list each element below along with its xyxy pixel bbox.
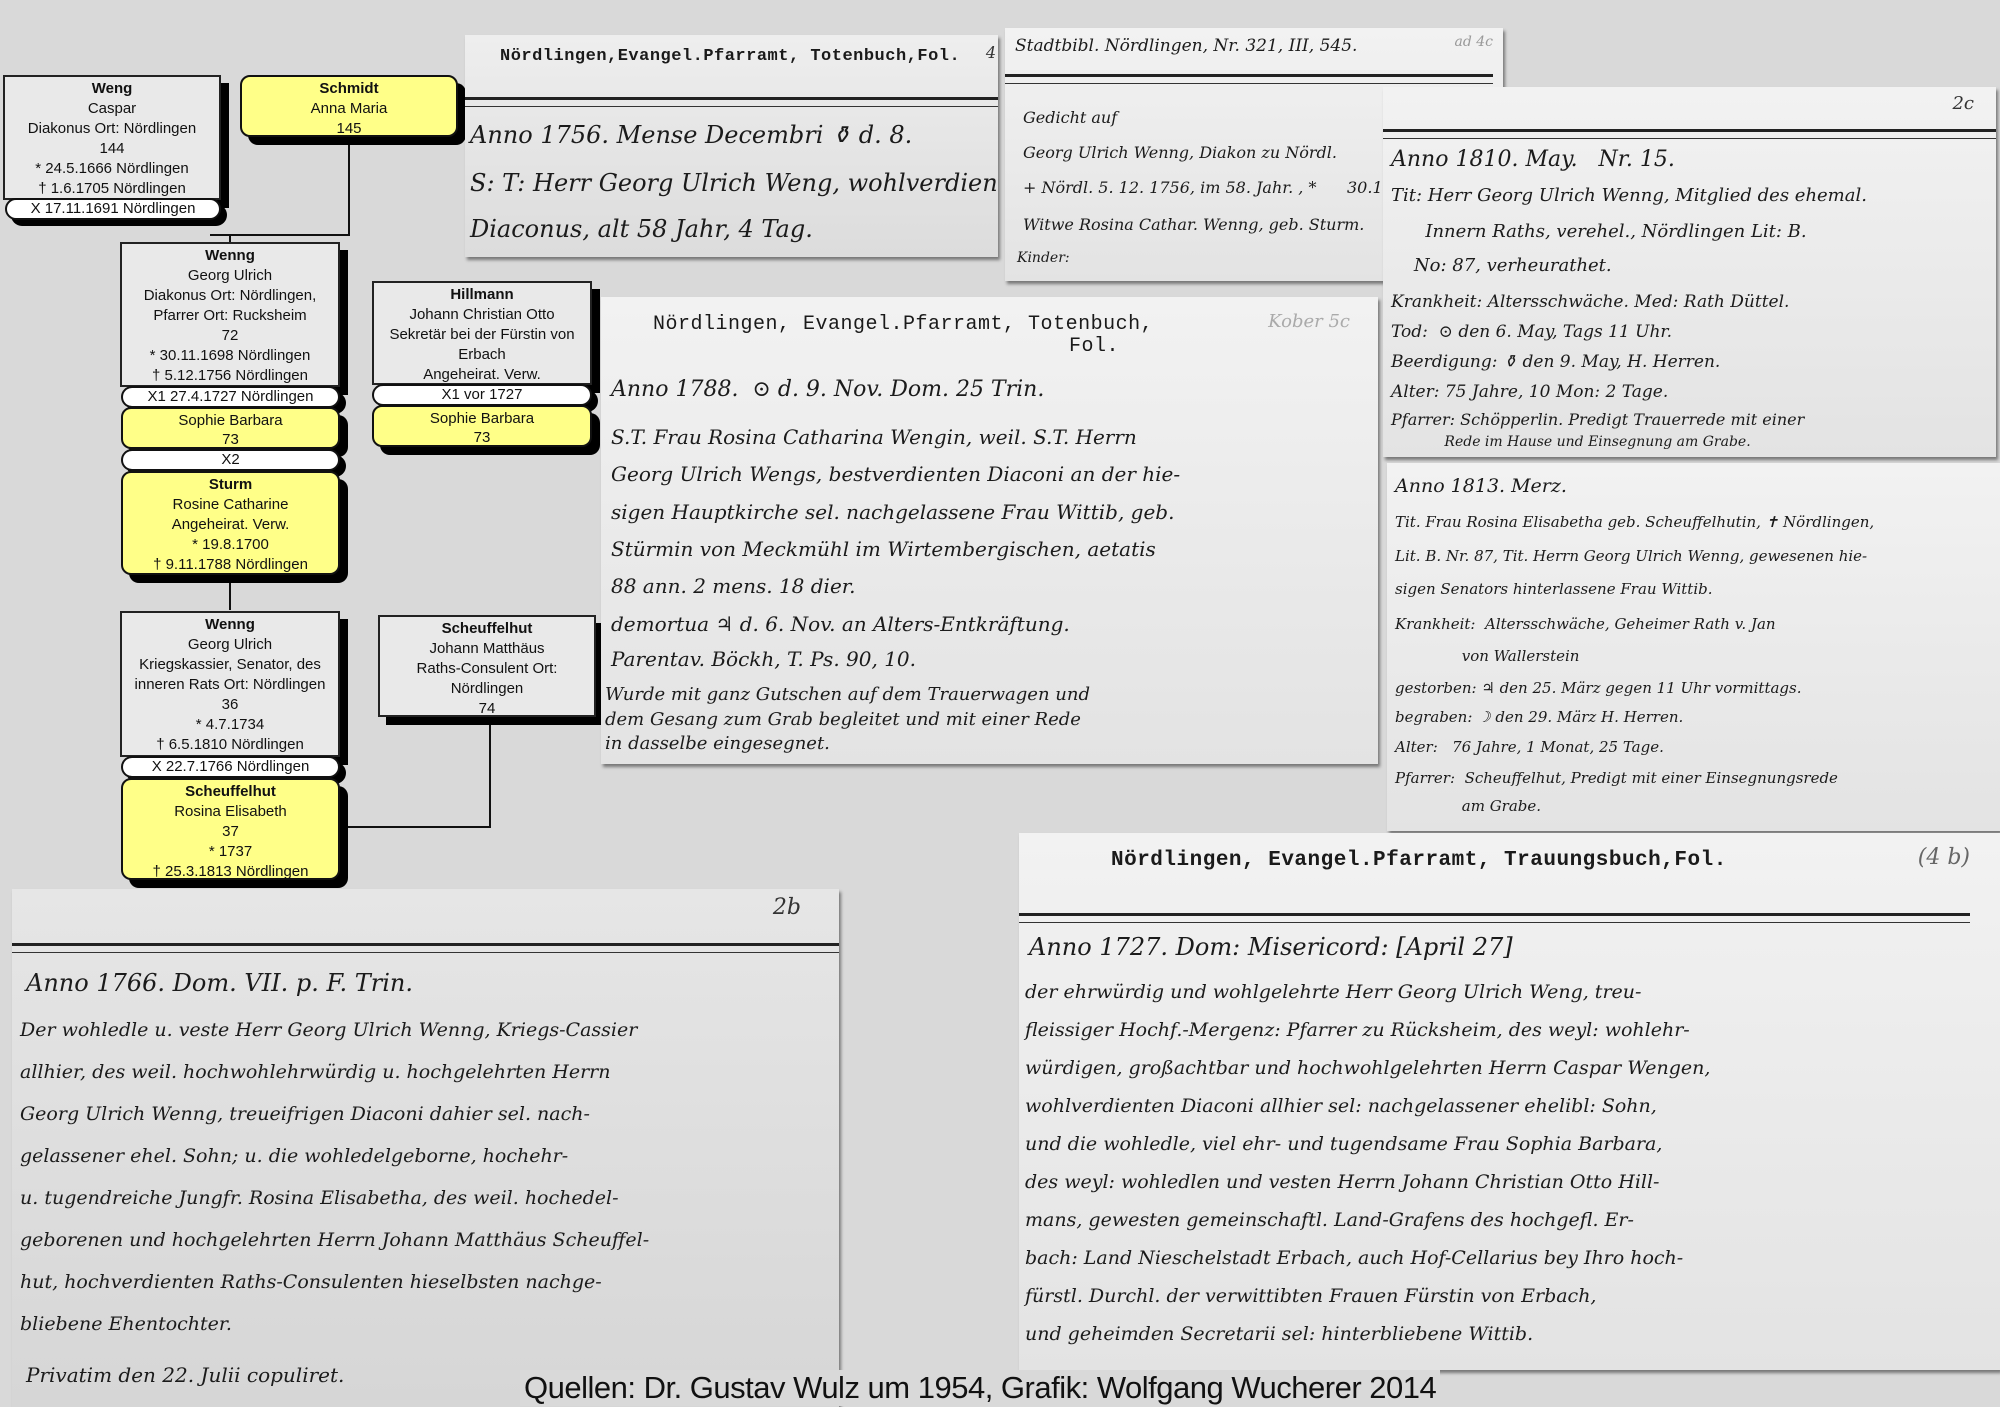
handwritten-line: dem Gesang zum Grab begleitet und mit ei…: [605, 709, 1081, 730]
handwritten-line: u. tugendreiche Jungfr. Rosina Elisabeth…: [20, 1187, 619, 1209]
handwritten-line: Anno 1727. Dom: Misericord: [April 27]: [1029, 933, 1513, 961]
document-header: Nördlingen,Evangel.Pfarramt, Totenbuch,F…: [500, 47, 960, 66]
handwritten-line: Anno 1766. Dom. VII. p. F. Trin.: [26, 969, 413, 997]
occupation: Diakonus Ort: Nördlingen,: [122, 286, 338, 306]
occupation: Kriegskassier, Senator, des: [122, 655, 338, 675]
handwritten-line: Anno 1788. ⊙ d. 9. Nov. Dom. 25 Trin.: [611, 377, 1044, 402]
handwritten-line: Tit. Frau Rosina Elisabetha geb. Scheuff…: [1395, 513, 1874, 531]
occupation: Pfarrer Ort: Rucksheim: [122, 306, 338, 326]
handwritten-line: allhier, des weil. hochwohlehrwürdig u. …: [20, 1061, 611, 1083]
handwritten-line: Georg Ulrich Wengs, bestverdienten Diaco…: [611, 462, 1180, 486]
folio-number: 4: [986, 43, 996, 62]
handwritten-line: gelassener ehel. Sohn; u. die wohledelge…: [20, 1145, 568, 1167]
handwritten-line: der ehrwürdig und wohlgelehrte Herr Geor…: [1025, 981, 1641, 1003]
handwritten-line: Parentav. Böckh, T. Ps. 90, 10.: [611, 647, 916, 671]
relation: Angeheirat. Verw.: [123, 515, 338, 535]
handwritten-line: Beerdigung: ⚱ den 9. May, H. Herren.: [1391, 352, 1720, 372]
surname: Scheuffelhut: [123, 782, 338, 802]
surname: Weng: [5, 79, 219, 99]
handwritten-line: begraben: ☽ den 29. März H. Herren.: [1395, 708, 1683, 726]
occupation: Nördlingen: [380, 679, 594, 699]
handwritten-line: am Grabe.: [1395, 797, 1541, 815]
document-header: Fol.: [1069, 335, 1119, 358]
folio-number: 2b: [773, 895, 801, 920]
handwritten-line: mans, gewesten gemeinschaftl. Land-Grafe…: [1025, 1209, 1634, 1231]
given-name: Georg Ulrich: [122, 635, 338, 655]
handwritten-line: sigen Senators hinterlassene Frau Wittib…: [1395, 580, 1713, 598]
marriage-2-georg-rosine[interactable]: X2: [121, 449, 340, 471]
handwritten-line: Anno 1813. Merz.: [1395, 475, 1567, 497]
person-number: 36: [122, 695, 338, 715]
handwritten-line: 88 ann. 2 mens. 18 dier.: [611, 574, 856, 598]
person-rosina-elisabeth-scheuffelhut[interactable]: Scheuffelhut Rosina Elisabeth 37 * 1737 …: [121, 778, 340, 880]
document-death-record-1813: Anno 1813. Merz. Tit. Frau Rosina Elisab…: [1387, 463, 2000, 831]
handwritten-line: Stürmin von Meckmühl im Wirtembergischen…: [611, 537, 1156, 561]
handwritten-line: in dasselbe eingesegnet.: [605, 733, 830, 754]
handwritten-line: Wurde mit ganz Gutschen auf dem Trauerwa…: [605, 684, 1090, 705]
handwritten-line: Tit: Herr Georg Ulrich Wenng, Mitglied d…: [1391, 185, 1867, 206]
handwritten-line: Privatim den 22. Julii copuliret.: [26, 1363, 344, 1387]
handwritten-line: geborenen und hochgelehrten Herrn Johann…: [20, 1229, 649, 1251]
handwritten-line: wohlverdienten Diaconi allhier sel: nach…: [1025, 1095, 1657, 1117]
header-rule: [1005, 74, 1493, 84]
header-rule: [1383, 129, 1996, 139]
folio-number: 2c: [1952, 93, 1974, 114]
handwritten-line: Pfarrer: Scheuffelhut, Predigt mit einer…: [1395, 769, 1838, 787]
handwritten-line: und geheimden Secretarii sel: hinterblie…: [1025, 1323, 1533, 1345]
handwritten-line: fleissiger Hochf.-Mergenz: Pfarrer zu Rü…: [1025, 1019, 1690, 1041]
person-number: 37: [123, 822, 338, 842]
person-anna-maria-schmidt[interactable]: Schmidt Anna Maria 145: [240, 75, 458, 137]
folio-number: Kober 5c: [1268, 311, 1350, 332]
handwritten-line: S.T. Frau Rosina Catharina Wengin, weil.…: [611, 425, 1137, 449]
handwritten-line: No: 87, verheurathet.: [1391, 255, 1612, 276]
surname: Wenng: [122, 615, 338, 635]
document-marriage-record-1727: Nördlingen, Evangel.Pfarramt, Trauungsbu…: [1019, 833, 2000, 1370]
handwritten-line: Kinder:: [1017, 250, 1070, 266]
person-johann-christian-otto-hillmann[interactable]: Hillmann Johann Christian Otto Sekretär …: [372, 281, 592, 385]
handwritten-line: Witwe Rosina Cathar. Wenng, geb. Sturm.: [1023, 215, 1364, 234]
person-number: 72: [122, 326, 338, 346]
connector-line: [210, 234, 350, 236]
occupation: Erbach: [374, 345, 590, 365]
given-name: Caspar: [5, 99, 219, 119]
document-marriage-record-1766: 2b Anno 1766. Dom. VII. p. F. Trin. Der …: [12, 889, 839, 1407]
handwritten-line: Pfarrer: Schöpperlin. Predigt Trauerrede…: [1391, 410, 1804, 429]
handwritten-line: Georg Ulrich Wenng, Diakon zu Nördl.: [1023, 143, 1337, 162]
document-death-record-1788: Nördlingen, Evangel.Pfarramt, Totenbuch,…: [601, 297, 1378, 764]
handwritten-line: Alter: 75 Jahre, 10 Mon: 2 Tage.: [1391, 382, 1668, 402]
handwritten-line: Diaconus, alt 58 Jahr, 4 Tag.: [470, 215, 813, 243]
handwritten-line: Krankheit: Altersschwäche. Med: Rath Düt…: [1391, 292, 1789, 312]
handwritten-line: demortua ♃ d. 6. Nov. an Alters-Entkräft…: [611, 612, 1070, 636]
handwritten-line: Anno 1810. May. Nr. 15.: [1391, 147, 1675, 172]
handwritten-line: Tod: ⊙ den 6. May, Tags 11 Uhr.: [1391, 322, 1672, 342]
given-name: Rosine Catharine: [123, 495, 338, 515]
handwritten-line: fürstl. Durchl. der verwittibten Frauen …: [1025, 1285, 1596, 1307]
header-rule: [465, 97, 998, 107]
handwritten-line: Georg Ulrich Wenng, treueifrigen Diaconi…: [20, 1103, 590, 1125]
handwritten-line: bliebene Ehentochter.: [20, 1313, 232, 1335]
marriage-georg-rosina[interactable]: X 22.7.1766 Nördlingen: [121, 756, 340, 778]
occupation: Diakonus Ort: Nördlingen: [5, 119, 219, 139]
marriage-1-georg-sophie[interactable]: X1 27.4.1727 Nördlingen: [121, 386, 340, 408]
handwritten-line: Anno 1756. Mense Decembri ⚱ d. 8.: [470, 121, 912, 149]
handwritten-line: des weyl: wohledlen und vesten Herrn Joh…: [1025, 1171, 1659, 1193]
handwritten-line: Der wohledle u. veste Herr Georg Ulrich …: [20, 1019, 637, 1041]
handwritten-line: und die wohledle, viel ehr- und tugendsa…: [1025, 1133, 1662, 1155]
handwritten-line: bach: Land Nieschelstadt Erbach, auch Ho…: [1025, 1247, 1683, 1269]
person-georg-ulrich-wenng-sr[interactable]: Wenng Georg Ulrich Diakonus Ort: Nördlin…: [120, 242, 340, 387]
handwritten-line: Gedicht auf: [1023, 108, 1117, 127]
folio-number: (4 b): [1918, 845, 1970, 870]
connector-line: [348, 143, 350, 236]
birth-date: * 24.5.1666 Nördlingen: [5, 159, 219, 179]
birth-date: * 19.8.1700: [123, 535, 338, 555]
death-date: † 6.5.1810 Nördlingen: [122, 735, 338, 755]
death-date: † 5.12.1756 Nördlingen: [122, 366, 338, 386]
surname: Scheuffelhut: [380, 619, 594, 639]
person-sophie-barbara[interactable]: Sophie Barbara 73: [372, 405, 592, 447]
person-rosine-catharine-sturm[interactable]: Sturm Rosine Catharine Angeheirat. Verw.…: [121, 471, 340, 575]
marriage-hillmann-sophie[interactable]: X1 vor 1727: [372, 384, 592, 406]
person-johann-matthaeus-scheuffelhut[interactable]: Scheuffelhut Johann Matthäus Raths-Consu…: [378, 615, 596, 717]
handwritten-line: gestorben: ♃ den 25. März gegen 11 Uhr v…: [1395, 679, 1802, 697]
handwritten-line: Lit. B. Nr. 87, Tit. Herrn Georg Ulrich …: [1395, 547, 1867, 565]
handwritten-line: sigen Hauptkirche sel. nachgelassene Fra…: [611, 500, 1174, 524]
death-date: † 25.3.1813 Nördlingen: [123, 862, 338, 882]
document-header: Nördlingen, Evangel.Pfarramt, Trauungsbu…: [1111, 849, 1727, 872]
handwritten-line: hut, hochverdienten Raths-Consulenten hi…: [20, 1271, 602, 1293]
connector-line: [344, 826, 491, 828]
relation: Angeheirat. Verw.: [374, 365, 590, 385]
document-header: Stadtbibl. Nördlingen, Nr. 321, III, 545…: [1015, 36, 1357, 56]
person-caspar-weng[interactable]: Weng Caspar Diakonus Ort: Nördlingen 144…: [3, 75, 221, 200]
connector-line: [489, 722, 491, 828]
person-number: 74: [380, 699, 594, 719]
person-number: 144: [5, 139, 219, 159]
header-rule: [1019, 913, 1970, 923]
person-georg-ulrich-wenng-jr[interactable]: Wenng Georg Ulrich Kriegskassier, Senato…: [120, 611, 340, 757]
document-death-record-1756: Nördlingen,Evangel.Pfarramt, Totenbuch,F…: [465, 35, 998, 257]
surname: Hillmann: [374, 285, 590, 305]
handwritten-line: Alter: 76 Jahre, 1 Monat, 25 Tage.: [1395, 738, 1664, 756]
surname: Sturm: [123, 475, 338, 495]
connector-line: [229, 580, 231, 610]
given-name: Johann Christian Otto: [374, 305, 590, 325]
document-header: Nördlingen, Evangel.Pfarramt, Totenbuch,: [653, 313, 1153, 336]
folio-number: ad 4c: [1454, 34, 1493, 50]
given-name: Rosina Elisabeth: [123, 802, 338, 822]
death-date: † 9.11.1788 Nördlingen: [123, 555, 338, 575]
handwritten-line: Rede im Hause und Einsegnung am Grabe.: [1391, 434, 1751, 450]
death-date: † 1.6.1705 Nördlingen: [5, 179, 219, 199]
source-credit: Quellen: Dr. Gustav Wulz um 1954, Grafik…: [520, 1370, 1440, 1406]
birth-date: * 1737: [123, 842, 338, 862]
handwritten-line: würdigen, großachtbar und hochwohlgelehr…: [1025, 1057, 1710, 1079]
given-name: Sophie Barbara: [123, 411, 338, 430]
handwritten-line: + Nördl. 5. 12. 1756, im 58. Jahr. , * 3…: [1023, 178, 1398, 197]
person-number: 73: [123, 430, 338, 449]
occupation: Raths-Consulent Ort:: [380, 659, 594, 679]
marriage-caspar-anna[interactable]: X 17.11.1691 Nördlingen: [5, 198, 221, 220]
handwritten-line: S: T: Herr Georg Ulrich Weng, wohlverdie…: [470, 169, 998, 197]
given-name: Johann Matthäus: [380, 639, 594, 659]
header-rule: [12, 943, 839, 953]
surname: Schmidt: [242, 79, 456, 99]
given-name: Anna Maria: [242, 99, 456, 119]
occupation: inneren Rats Ort: Nördlingen: [122, 675, 338, 695]
handwritten-line: Innern Raths, verehel., Nördlingen Lit: …: [1391, 221, 1807, 242]
occupation: Sekretär bei der Fürstin von: [374, 325, 590, 345]
handwritten-line: Krankheit: Altersschwäche, Geheimer Rath…: [1395, 615, 1776, 633]
person-sophie-barbara[interactable]: Sophie Barbara 73: [121, 407, 340, 449]
person-number: 145: [242, 119, 456, 139]
person-number: 73: [374, 428, 590, 447]
birth-date: * 30.11.1698 Nördlingen: [122, 346, 338, 366]
given-name: Sophie Barbara: [374, 409, 590, 428]
given-name: Georg Ulrich: [122, 266, 338, 286]
handwritten-line: von Wallerstein: [1395, 647, 1579, 665]
surname: Wenng: [122, 246, 338, 266]
birth-date: * 4.7.1734: [122, 715, 338, 735]
document-death-record-1810: 2c Anno 1810. May. Nr. 15. Tit: Herr Geo…: [1383, 87, 1996, 457]
